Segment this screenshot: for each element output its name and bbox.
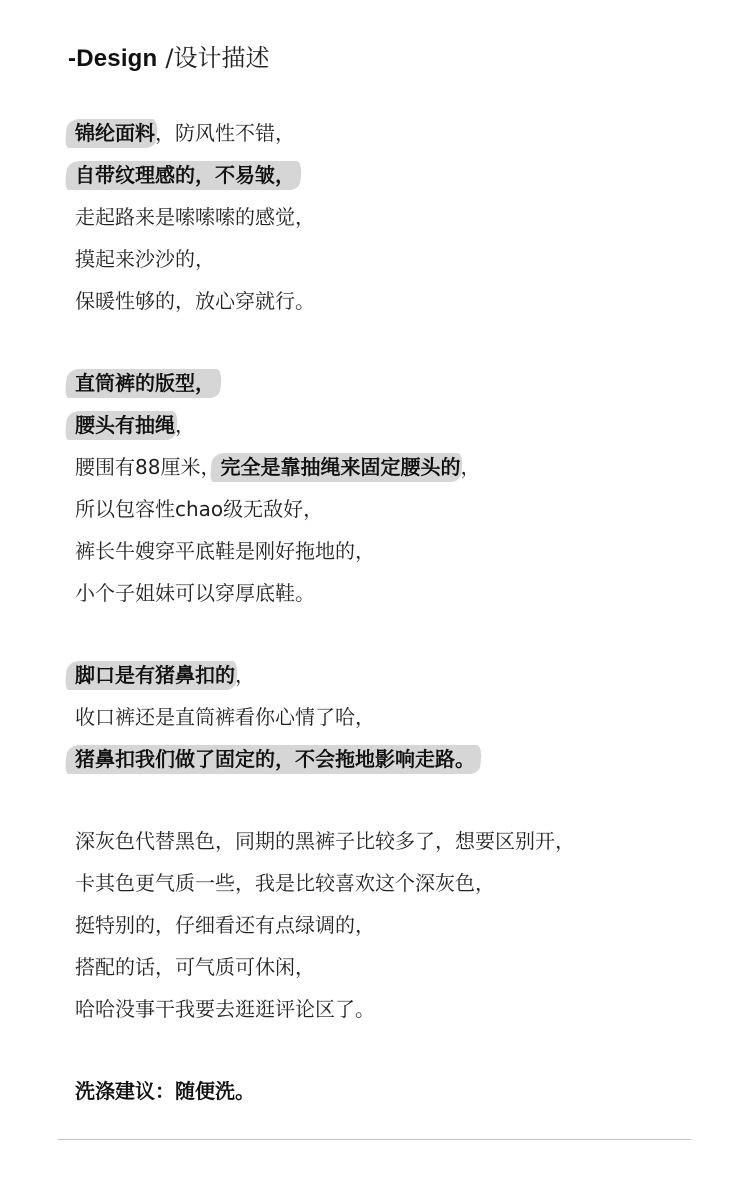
text-line: 自带纹理感的，不易皱， (75, 154, 315, 196)
section-care: 洗涤建议：随便洗。 (75, 1070, 255, 1112)
text-line: 锦纶面料，防风性不错， (75, 112, 315, 154)
text-line: 腰头有抽绳， (75, 404, 480, 446)
text-line: 卡其色更气质一些，我是比较喜欢这个深灰色， (75, 862, 575, 904)
text-segment: ， (460, 455, 480, 479)
text-line: 裤长牛嫂穿平底鞋是刚好拖地的， (75, 530, 480, 572)
text-line: 保暖性够的，放心穿就行。 (75, 280, 315, 322)
section-fit: 直筒裤的版型， 腰头有抽绳， 腰围有88厘米，完全是靠抽绳来固定腰头的， 所以包… (75, 362, 480, 614)
section-color: 深灰色代替黑色，同期的黑裤子比较多了，想要区别开， 卡其色更气质一些，我是比较喜… (75, 820, 575, 1030)
highlight-text: 完全是靠抽绳来固定腰头的 (220, 446, 460, 488)
text-line: 哈哈没事干我要去逛逛评论区了。 (75, 988, 575, 1030)
text-line: 直筒裤的版型， (75, 362, 480, 404)
divider (58, 1139, 691, 1140)
text-line: 腰围有88厘米，完全是靠抽绳来固定腰头的， (75, 446, 480, 488)
highlight-text: 自带纹理感的，不易皱， (75, 154, 295, 196)
highlight-text: 锦纶面料 (75, 112, 155, 154)
text-line: 深灰色代替黑色，同期的黑裤子比较多了，想要区别开， (75, 820, 575, 862)
section-hem: 脚口是有猪鼻扣的， 收口裤还是直筒裤看你心情了哈， 猪鼻扣我们做了固定的，不会拖… (75, 654, 475, 780)
highlight-text: 猪鼻扣我们做了固定的，不会拖地影响走路。 (75, 738, 475, 780)
text-line: 搭配的话，可气质可休闲， (75, 946, 575, 988)
page-title: -Design/设计描述 (68, 40, 270, 76)
title-english: -Design (68, 45, 157, 72)
title-chinese: /设计描述 (165, 44, 269, 72)
highlight-text: 直筒裤的版型， (75, 362, 215, 404)
text-line: 摸起来沙沙的， (75, 238, 315, 280)
text-line: 所以包容性chao级无敌好， (75, 488, 480, 530)
care-instructions: 洗涤建议：随便洗。 (75, 1070, 255, 1112)
text-segment: 腰围有88厘米， (75, 455, 220, 479)
text-segment: ， (175, 413, 195, 437)
text-line: 脚口是有猪鼻扣的， (75, 654, 475, 696)
text-line: 收口裤还是直筒裤看你心情了哈， (75, 696, 475, 738)
section-fabric: 锦纶面料，防风性不错， 自带纹理感的，不易皱， 走起路来是嗦嗦嗦的感觉， 摸起来… (75, 112, 315, 322)
text-line: 小个子姐妹可以穿厚底鞋。 (75, 572, 480, 614)
text-line: 挺特别的，仔细看还有点绿调的， (75, 904, 575, 946)
text-segment: ，防风性不错， (155, 121, 295, 145)
text-segment: ， (235, 663, 255, 687)
text-line: 猪鼻扣我们做了固定的，不会拖地影响走路。 (75, 738, 475, 780)
highlight-text: 腰头有抽绳 (75, 404, 175, 446)
highlight-text: 脚口是有猪鼻扣的 (75, 654, 235, 696)
text-line: 走起路来是嗦嗦嗦的感觉， (75, 196, 315, 238)
